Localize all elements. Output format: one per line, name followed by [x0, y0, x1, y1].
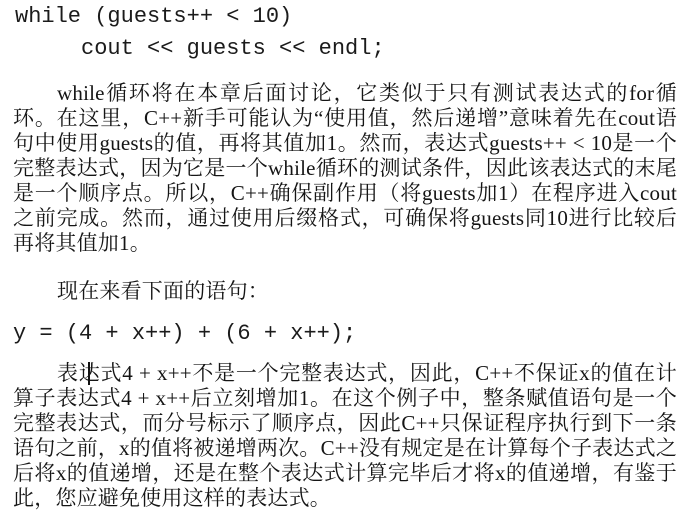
paragraph-expression-explanation: 表达式4 + x++不是一个完整表达式，因此，C++不保证x的值在计算子表达式4…: [13, 361, 677, 511]
paragraph-while-explanation: while循环将在本章后面讨论，它类似于只有测试表达式的for循环。在这里，C+…: [13, 81, 677, 256]
text-caret: [88, 362, 90, 385]
code-snippet-while-loop: while (guests++ < 10) cout << guests << …: [15, 1, 385, 65]
code-snippet-assignment: y = (4 + x++) + (6 + x++);: [13, 318, 356, 350]
book-page: while (guests++ < 10) cout << guests << …: [0, 0, 689, 518]
paragraph-lead-in: 现在来看下面的语句：: [13, 279, 513, 304]
